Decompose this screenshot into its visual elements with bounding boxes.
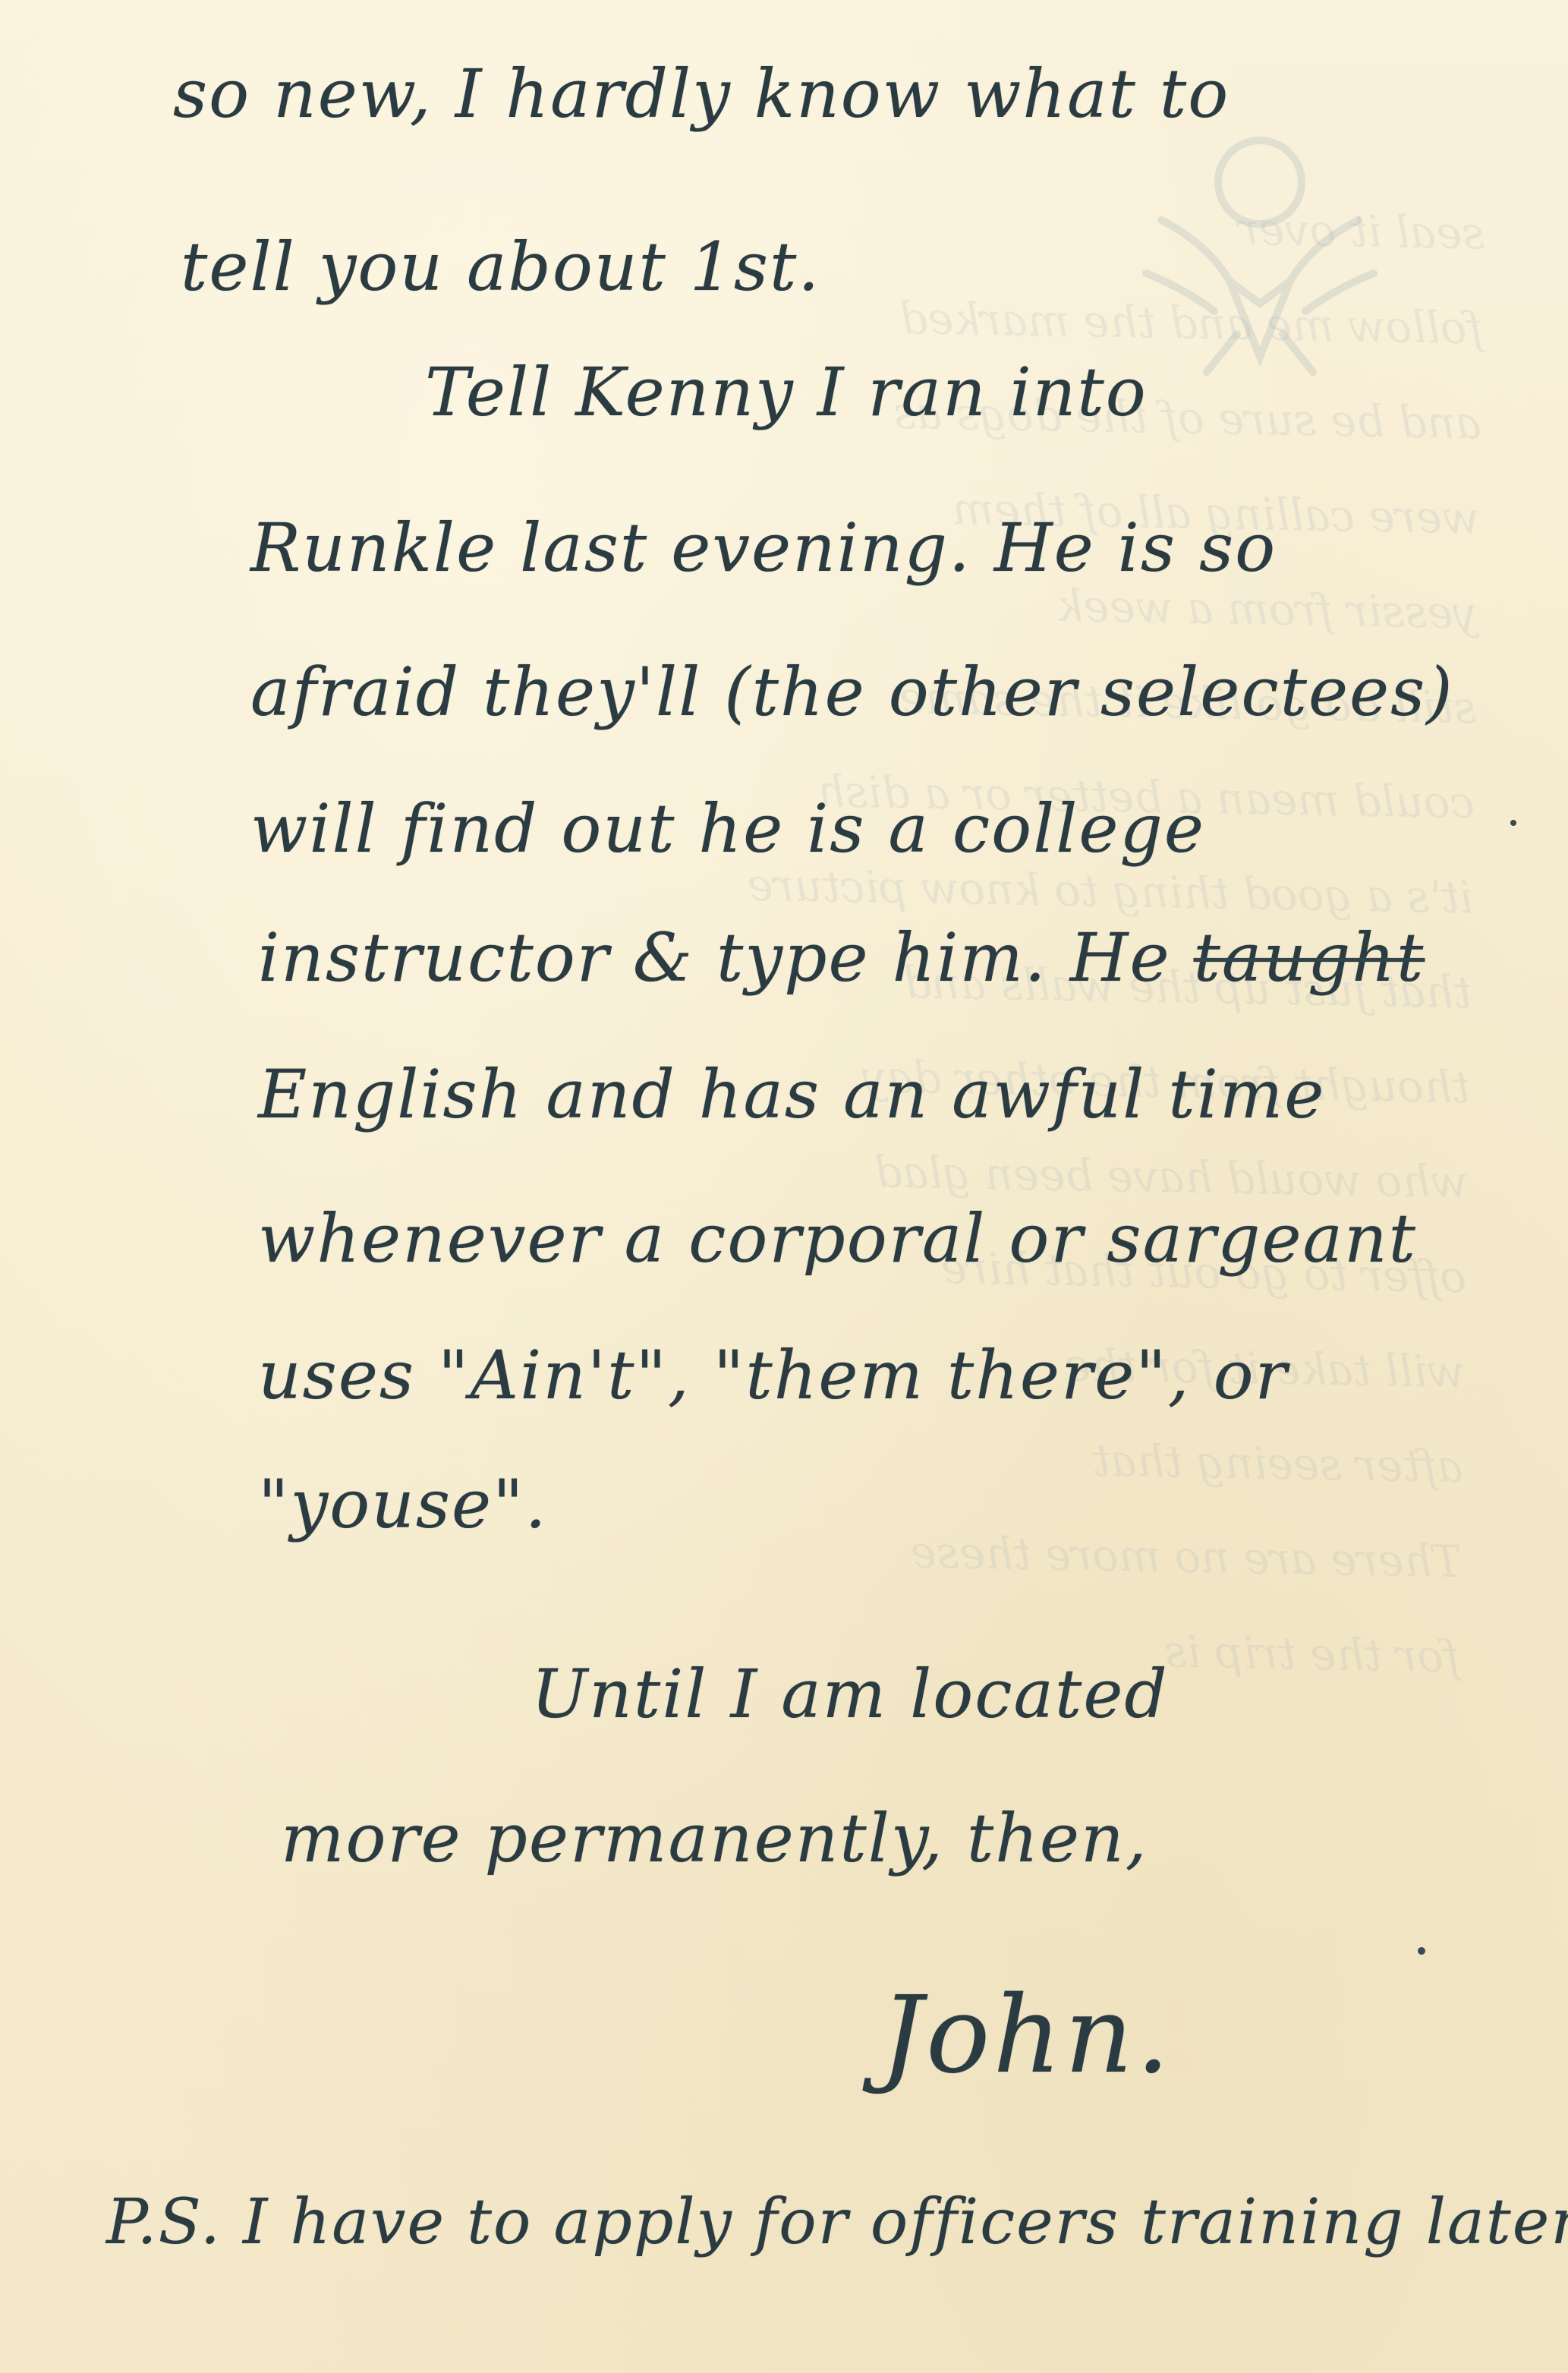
signature: John. [880, 1974, 1173, 2097]
letter-line-7-text: instructor & type him. He [258, 919, 1171, 997]
letter-line-10: uses "Ain't", "them there", or [258, 1336, 1289, 1414]
eagle-emblem-icon [1116, 129, 1404, 387]
letter-line-11: "youse". [258, 1465, 548, 1543]
letter-line-1: so new, I hardly know what to [173, 55, 1230, 133]
letter-line-8: English and has an awful time [258, 1055, 1325, 1133]
letter-line-4: Runkle last evening. He is so [250, 509, 1277, 587]
ink-speck [1418, 1947, 1425, 1955]
postscript: P.S. I have to apply for officers traini… [106, 2186, 1568, 2258]
ink-speck [1510, 820, 1516, 826]
letter-line-2: tell you about 1st. [181, 228, 820, 306]
struck-word: taught [1194, 919, 1425, 997]
letter-line-7: instructor & type him. He taught [258, 919, 1425, 997]
letter-line-12: Until I am located [531, 1655, 1169, 1733]
letter-line-13: more permanently, then, [281, 1799, 1148, 1877]
letter-page: seal it over follow me and the marked an… [0, 0, 1568, 2373]
letter-line-9: whenever a corporal or sargeant [258, 1199, 1417, 1278]
letter-line-5: afraid they'll (the other selectees) [250, 653, 1454, 731]
letter-line-6: will find out he is a college [250, 789, 1205, 868]
letter-line-3: Tell Kenny I ran into [425, 353, 1148, 431]
